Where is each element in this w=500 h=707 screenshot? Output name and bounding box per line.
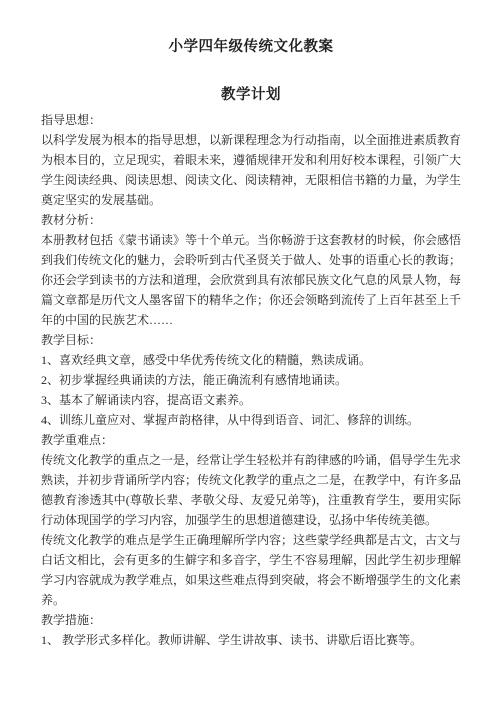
paragraph-key-points: 传统文化教学的重点之一是，经常让学生轻松并有韵律感的吟诵，倡导学生先求熟读，并初… (41, 450, 461, 530)
section-heading-teaching-measures: 教学措施： (41, 610, 461, 630)
section-teaching-measures: 教学措施： 1、 教学形式多样化。教师讲解、学生讲故事、读书、讲歇后语比赛等。 (41, 610, 461, 650)
document-body: 指导思想： 以科学发展为根本的指导思想，以新课程理念为行动指南，以全面推进素质教… (41, 110, 461, 650)
section-heading-key-difficult-points: 教学重难点： (41, 430, 461, 450)
teaching-measure-item-1: 1、 教学形式多样化。教师讲解、学生讲故事、读书、讲歇后语比赛等。 (41, 630, 461, 650)
section-teaching-goals: 教学目标： 1、喜欢经典文章，感受中华优秀传统文化的精髓，熟读成诵。 2、初步掌… (41, 330, 461, 430)
document-subtitle: 教学计划 (41, 85, 461, 105)
section-heading-material-analysis: 教材分析： (41, 210, 461, 230)
section-heading-guiding-ideology: 指导思想： (41, 110, 461, 130)
paragraph-difficult-points: 传统文化教学的难点是学生正确理解所学内容；这些蒙学经典都是古文，古文与白话文相比… (41, 530, 461, 610)
section-heading-teaching-goals: 教学目标： (41, 330, 461, 350)
section-guiding-ideology: 指导思想： 以科学发展为根本的指导思想，以新课程理念为行动指南，以全面推进素质教… (41, 110, 461, 210)
teaching-goal-item-4: 4、训练儿童应对、掌握声韵格律，从中得到语音、词汇、修辞的训练。 (41, 410, 461, 430)
section-key-difficult-points: 教学重难点： 传统文化教学的重点之一是，经常让学生轻松并有韵律感的吟诵，倡导学生… (41, 430, 461, 610)
document-page: 小学四年级传统文化教案 教学计划 指导思想： 以科学发展为根本的指导思想，以新课… (0, 0, 500, 707)
teaching-goal-item-1: 1、喜欢经典文章，感受中华优秀传统文化的精髓，熟读成诵。 (41, 350, 461, 370)
section-material-analysis: 教材分析： 本册教材包括《蒙书诵读》等十个单元。当你畅游于这套教材的时候，你会感… (41, 210, 461, 330)
paragraph-material-analysis: 本册教材包括《蒙书诵读》等十个单元。当你畅游于这套教材的时候，你会感悟到我们传统… (41, 230, 461, 330)
paragraph-guiding-ideology: 以科学发展为根本的指导思想，以新课程理念为行动指南，以全面推进素质教育为根本目的… (41, 130, 461, 210)
teaching-goal-item-3: 3、基本了解诵读内容，提高语文素养。 (41, 390, 461, 410)
document-title: 小学四年级传统文化教案 (41, 37, 461, 57)
teaching-goal-item-2: 2、初步掌握经典诵读的方法，能正确流利有感情地诵读。 (41, 370, 461, 390)
